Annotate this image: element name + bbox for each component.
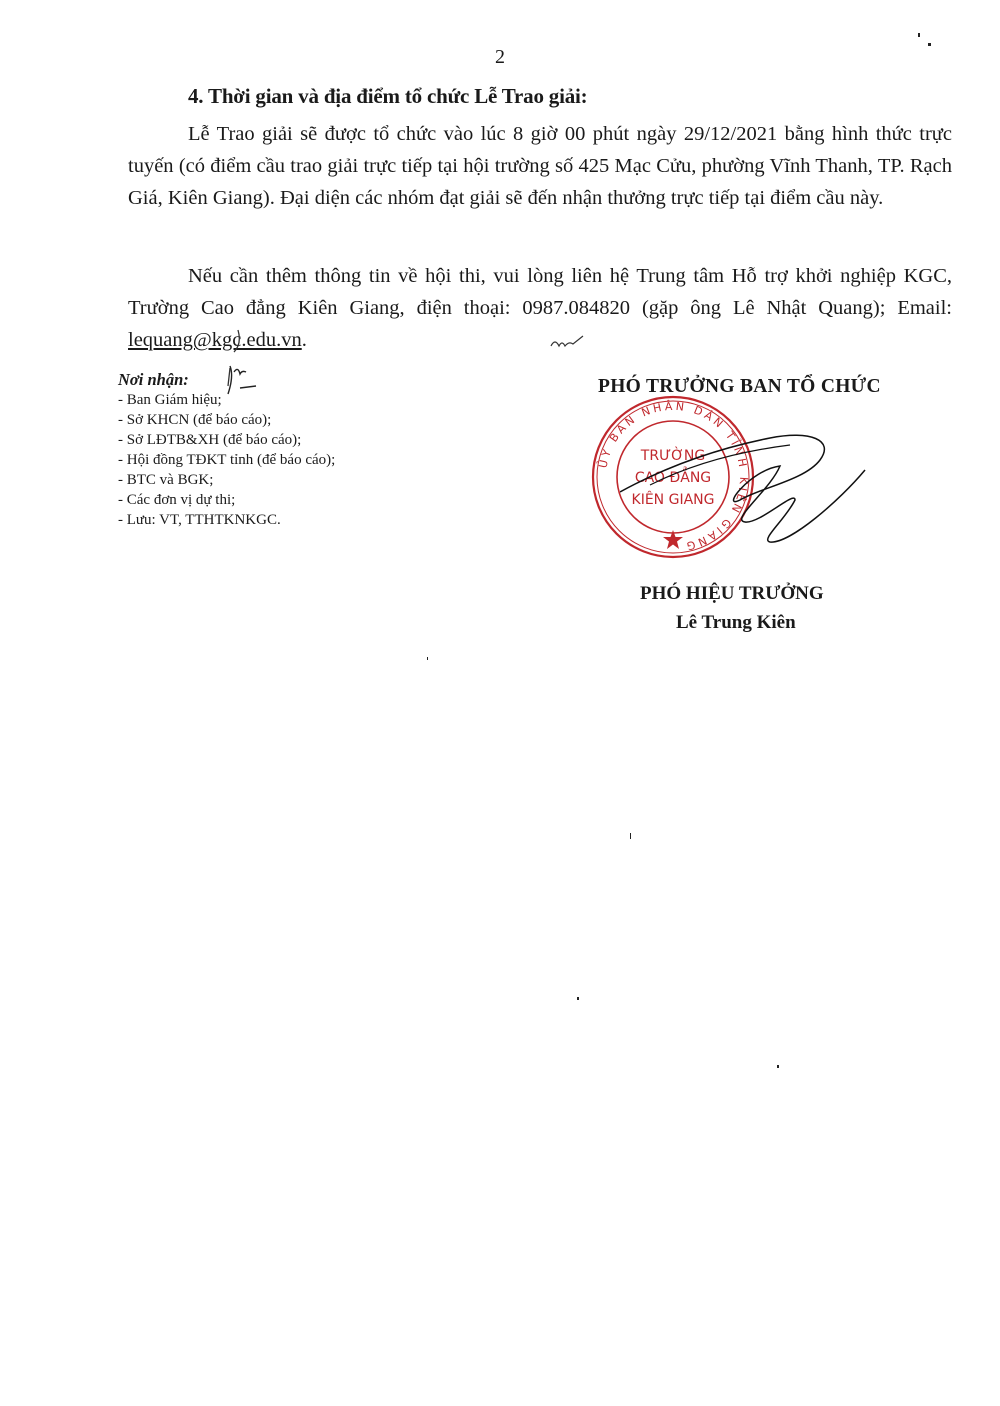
recipient-item: - Hội đồng TĐKT tỉnh (để báo cáo); (118, 450, 335, 470)
recipients-list: - Ban Giám hiệu; - Sở KHCN (để báo cáo);… (118, 390, 335, 530)
section-heading: 4. Thời gian và địa điểm tổ chức Lễ Trao… (188, 84, 587, 109)
contact-text: Nếu cần thêm thông tin về hội thi, vui l… (128, 265, 952, 319)
initial-mark-icon (220, 362, 260, 398)
recipient-item: - BTC và BGK; (118, 470, 335, 490)
email-link[interactable]: lequang@kgc.edu.vn (128, 329, 302, 351)
scan-speck (777, 1065, 779, 1068)
handwritten-initial-icon (548, 332, 588, 356)
recipient-item: - Lưu: VT, TTHTKNKGC. (118, 510, 335, 530)
scan-speck (427, 657, 428, 660)
contact-end: . (302, 329, 307, 351)
recipient-item: - Sở KHCN (để báo cáo); (118, 410, 335, 430)
scan-speck (928, 43, 931, 46)
scan-speck (630, 833, 631, 839)
recipient-item: - Các đơn vị dự thi; (118, 490, 335, 510)
page-number: 2 (0, 46, 1000, 69)
signer-role: PHÓ HIỆU TRƯỞNG (640, 583, 824, 605)
recipient-item: - Sở LĐTB&XH (để báo cáo); (118, 430, 335, 450)
scan-speck (918, 33, 920, 37)
signer-name: Lê Trung Kiên (676, 612, 796, 634)
scan-speck (577, 997, 579, 1000)
paragraph-contact: Nếu cần thêm thông tin về hội thi, vui l… (128, 260, 952, 356)
paragraph-award-ceremony: Lễ Trao giải sẽ được tổ chức vào lúc 8 g… (128, 118, 952, 214)
signature-icon (620, 430, 870, 550)
